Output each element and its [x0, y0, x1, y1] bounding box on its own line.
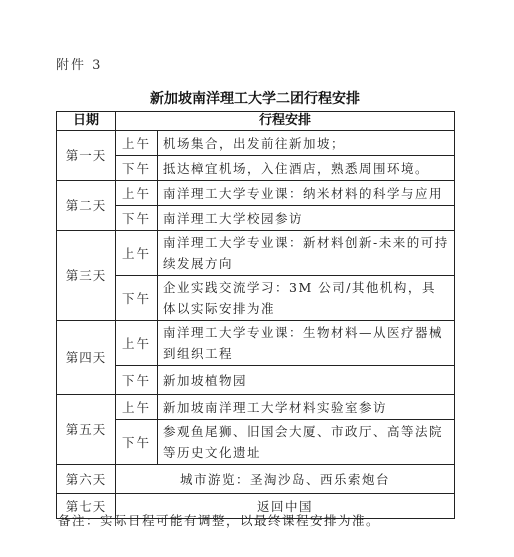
period-label: 下午: [116, 366, 158, 395]
attachment-label: 附件 3: [56, 54, 102, 73]
table-row: 下午 新加坡植物园: [57, 366, 455, 395]
header-schedule: 行程安排: [116, 112, 455, 131]
period-label: 上午: [116, 321, 158, 366]
activity-cell: 南洋理工大学专业课：新材料创新-未来的可持续发展方向: [158, 231, 455, 276]
table-header-row: 日期 行程安排: [57, 112, 455, 131]
day-label: 第二天: [57, 181, 116, 231]
period-label: 上午: [116, 231, 158, 276]
activity-cell: 抵达樟宜机场，入住酒店，熟悉周围环境。: [158, 156, 455, 181]
activity-cell: 企业实践交流学习：3M 公司/其他机构，具体以实际安排为准: [158, 276, 455, 321]
table-row: 下午 参观鱼尾狮、旧国会大厦、市政厅、高等法院等历史文化遗址: [57, 420, 455, 465]
activity-cell: 新加坡植物园: [158, 366, 455, 395]
period-label: 上午: [116, 131, 158, 156]
period-label: 上午: [116, 395, 158, 420]
table-row: 第三天 上午 南洋理工大学专业课：新材料创新-未来的可持续发展方向: [57, 231, 455, 276]
header-date: 日期: [57, 112, 116, 131]
day-label: 第五天: [57, 395, 116, 465]
table-row: 下午 抵达樟宜机场，入住酒店，熟悉周围环境。: [57, 156, 455, 181]
table-row: 下午 南洋理工大学校园参访: [57, 206, 455, 231]
footnote: 备注：实际日程可能有调整，以最终课程安排为准。: [58, 511, 380, 529]
document-title: 新加坡南洋理工大学二团行程安排: [56, 88, 454, 108]
day-label: 第六天: [57, 465, 116, 494]
activity-cell: 南洋理工大学专业课：生物材料—从医疗器械到组织工程: [158, 321, 455, 366]
table-row: 下午 企业实践交流学习：3M 公司/其他机构，具体以实际安排为准: [57, 276, 455, 321]
day-label: 第一天: [57, 131, 116, 181]
table-row: 第六天 城市游览：圣淘沙岛、西乐索炮台: [57, 465, 455, 494]
table-row: 第五天 上午 新加坡南洋理工大学材料实验室参访: [57, 395, 455, 420]
period-label: 下午: [116, 276, 158, 321]
table-row: 第一天 上午 机场集合，出发前往新加坡；: [57, 131, 455, 156]
period-label: 下午: [116, 156, 158, 181]
activity-cell: 南洋理工大学专业课：纳米材料的科学与应用: [158, 181, 455, 206]
activity-cell: 南洋理工大学校园参访: [158, 206, 455, 231]
activity-cell: 机场集合，出发前往新加坡；: [158, 131, 455, 156]
activity-cell: 参观鱼尾狮、旧国会大厦、市政厅、高等法院等历史文化遗址: [158, 420, 455, 465]
itinerary-table: 日期 行程安排 第一天 上午 机场集合，出发前往新加坡； 下午 抵达樟宜机场，入…: [56, 111, 455, 519]
full-day-activity: 城市游览：圣淘沙岛、西乐索炮台: [116, 465, 455, 494]
day-label: 第四天: [57, 321, 116, 395]
period-label: 下午: [116, 206, 158, 231]
table-row: 第二天 上午 南洋理工大学专业课：纳米材料的科学与应用: [57, 181, 455, 206]
table-row: 第四天 上午 南洋理工大学专业课：生物材料—从医疗器械到组织工程: [57, 321, 455, 366]
period-label: 上午: [116, 181, 158, 206]
activity-cell: 新加坡南洋理工大学材料实验室参访: [158, 395, 455, 420]
day-label: 第三天: [57, 231, 116, 321]
period-label: 下午: [116, 420, 158, 465]
